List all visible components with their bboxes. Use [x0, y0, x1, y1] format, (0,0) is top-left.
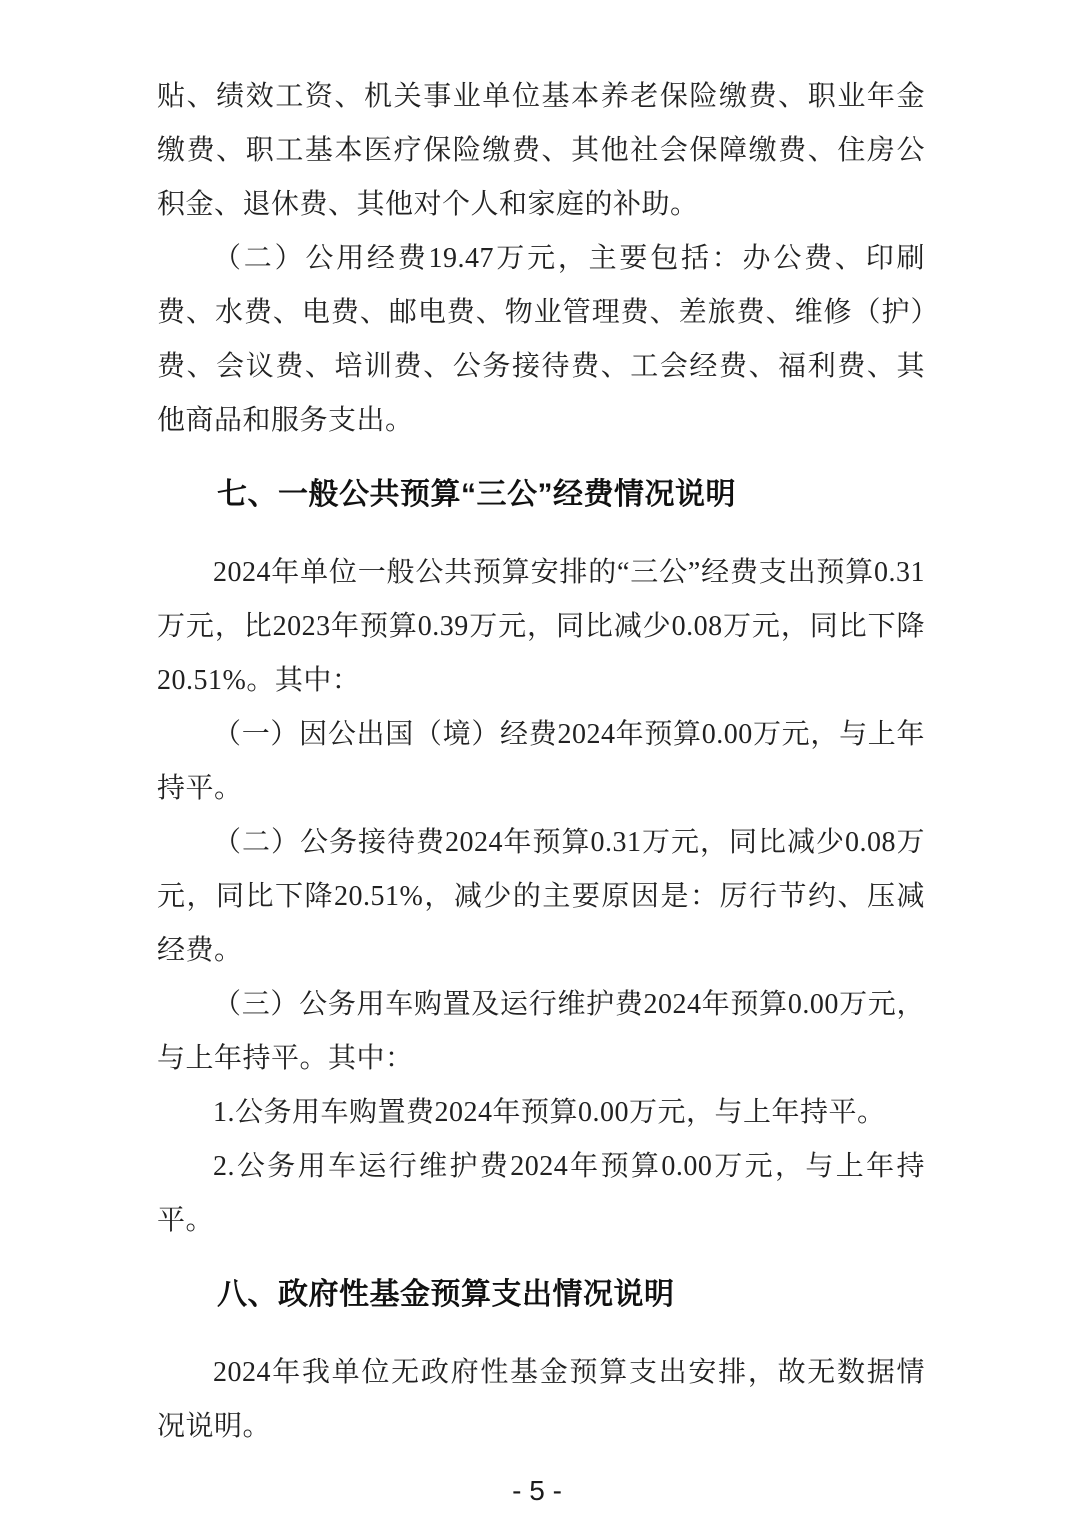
heading-section-8-government-fund-budget: 八、政府性基金预算支出情况说明 [157, 1268, 925, 1322]
para-vehicle-purchase-expense: 1.公务用车购置费2024年预算0.00万元，与上年持平。 [157, 1086, 925, 1140]
page-number: - 5 - [0, 1474, 1074, 1508]
para-overseas-travel-expense: （一）因公出国（境）经费2024年预算0.00万元，与上年持平。 [157, 708, 925, 816]
heading-section-7-three-public-expenses: 七、一般公共预算“三公”经费情况说明 [157, 468, 925, 522]
document-body: 贴、绩效工资、机关事业单位基本养老保险缴费、职业年金缴费、职工基本医疗保险缴费、… [157, 70, 925, 1454]
document-page: 贴、绩效工资、机关事业单位基本养老保险缴费、职业年金缴费、职工基本医疗保险缴费、… [0, 0, 1074, 1520]
para-personnel-expense-items-continuation: 贴、绩效工资、机关事业单位基本养老保险缴费、职业年金缴费、职工基本医疗保险缴费、… [157, 70, 925, 232]
para-three-public-budget-overview: 2024年单位一般公共预算安排的“三公”经费支出预算0.31万元，比2023年预… [157, 546, 925, 708]
para-official-vehicle-expense: （三）公务用车购置及运行维护费2024年预算0.00万元，与上年持平。其中： [157, 978, 925, 1086]
para-official-reception-expense: （二）公务接待费2024年预算0.31万元，同比减少0.08万元，同比下降20.… [157, 816, 925, 978]
para-vehicle-operation-maintenance-expense: 2.公务用车运行维护费2024年预算0.00万元，与上年持平。 [157, 1140, 925, 1248]
para-public-operating-funds: （二）公用经费19.47万元，主要包括：办公费、印刷费、水费、电费、邮电费、物业… [157, 232, 925, 448]
para-no-government-fund-budget: 2024年我单位无政府性基金预算支出安排，故无数据情况说明。 [157, 1346, 925, 1454]
